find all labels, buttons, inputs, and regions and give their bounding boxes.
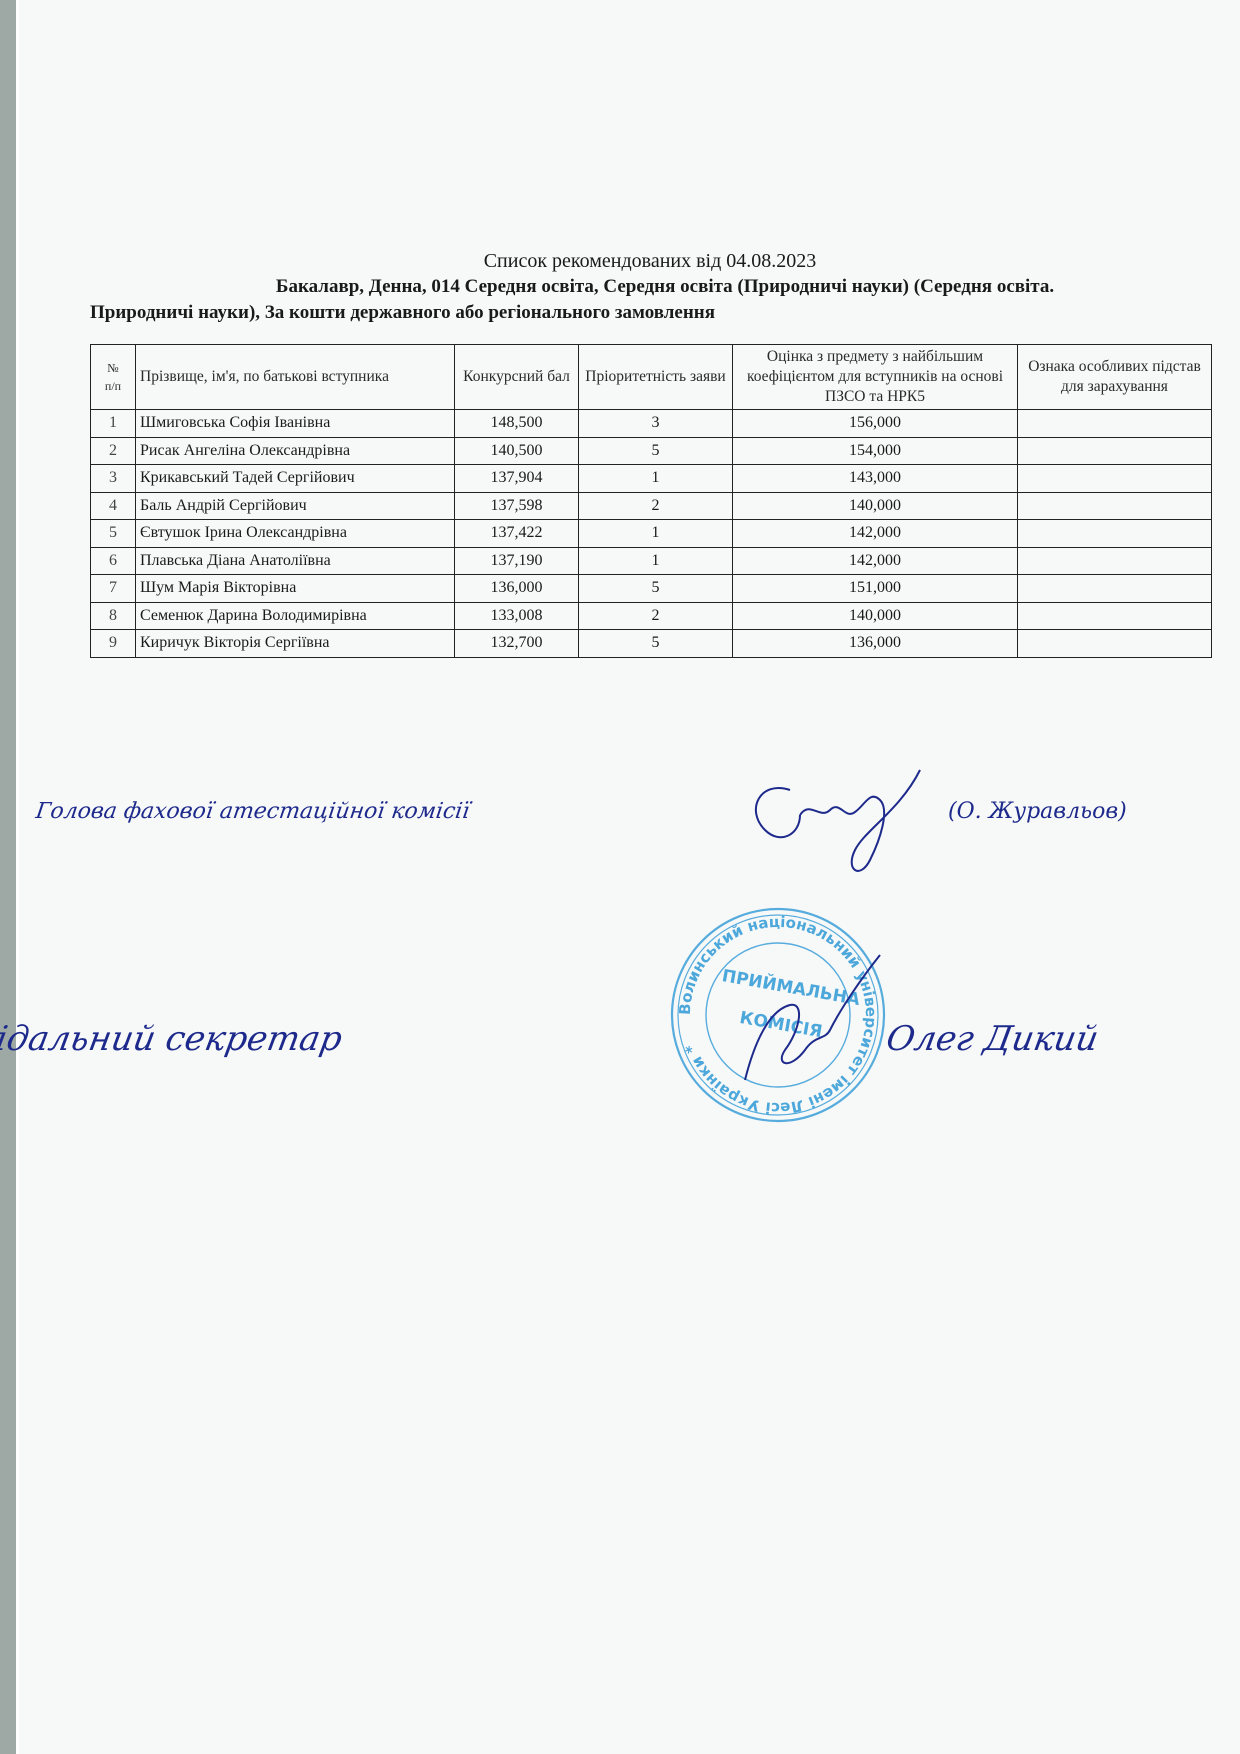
cell-number: 6: [91, 547, 136, 575]
cell-name: Рисак Ангеліна Олександрівна: [136, 437, 455, 465]
cell-number: 5: [91, 520, 136, 548]
cell-special-basis: [1018, 602, 1212, 630]
header-score: Конкурсний бал: [455, 345, 579, 410]
document-subtitle-line2: Природничі науки), За кошти державного а…: [80, 300, 1220, 326]
cell-special-basis: [1018, 410, 1212, 438]
cell-name: Семенюк Дарина Володимирівна: [136, 602, 455, 630]
document-subtitle-line1: Бакалавр, Денна, 014 Середня освіта, Сер…: [80, 274, 1220, 300]
document-title: Список рекомендованих від 04.08.2023: [80, 248, 1220, 274]
stamp-center-line1: ПРИЙМАЛЬНА: [720, 964, 862, 1010]
cell-special-basis: [1018, 630, 1212, 658]
cell-score: 137,598: [455, 492, 579, 520]
cell-subject-score: 154,000: [733, 437, 1018, 465]
cell-subject-score: 136,000: [733, 630, 1018, 658]
cell-priority: 5: [579, 575, 733, 603]
document-header: Список рекомендованих від 04.08.2023 Бак…: [80, 248, 1220, 326]
cell-subject-score: 142,000: [733, 547, 1018, 575]
header-number-symbol: №: [107, 361, 118, 375]
cell-number: 4: [91, 492, 136, 520]
cell-number: 2: [91, 437, 136, 465]
cell-score: 136,000: [455, 575, 579, 603]
cell-priority: 5: [579, 437, 733, 465]
table-row: 3Крикавський Тадей Сергійович137,9041143…: [91, 465, 1212, 493]
cell-name: Баль Андрій Сергійович: [136, 492, 455, 520]
table-row: 9Киричук Вікторія Сергіївна132,7005136,0…: [91, 630, 1212, 658]
cell-special-basis: [1018, 575, 1212, 603]
header-name: Прізвище, ім'я, по батькові вступника: [136, 345, 455, 410]
secretary-name: Олег Дикий: [883, 1019, 1101, 1059]
cell-name: Плавська Діана Анатоліївна: [136, 547, 455, 575]
cell-subject-score: 156,000: [733, 410, 1018, 438]
header-number: № п/п: [91, 345, 136, 410]
cell-number: 3: [91, 465, 136, 493]
cell-special-basis: [1018, 437, 1212, 465]
cell-special-basis: [1018, 465, 1212, 493]
scan-edge-highlight: [16, 0, 19, 1754]
cell-name: Шум Марія Вікторівна: [136, 575, 455, 603]
cell-name: Крикавський Тадей Сергійович: [136, 465, 455, 493]
cell-priority: 5: [579, 630, 733, 658]
chair-label: Голова фахової атестаційної комісії: [33, 798, 474, 824]
cell-priority: 1: [579, 547, 733, 575]
cell-priority: 1: [579, 465, 733, 493]
chair-signature-icon: [756, 770, 920, 871]
cell-priority: 2: [579, 602, 733, 630]
table-row: 2Рисак Ангеліна Олександрівна140,5005154…: [91, 437, 1212, 465]
cell-subject-score: 140,000: [733, 602, 1018, 630]
cell-name: Киричук Вікторія Сергіївна: [136, 630, 455, 658]
table-row: 8Семенюк Дарина Володимирівна133,0082140…: [91, 602, 1212, 630]
recommended-list-table: № п/п Прізвище, ім'я, по батькові вступн…: [90, 344, 1212, 658]
cell-priority: 2: [579, 492, 733, 520]
cell-name: Євтушок Ірина Олександрівна: [136, 520, 455, 548]
header-subject-score: Оцінка з предмету з найбільшим коефіцієн…: [733, 345, 1018, 410]
table-body: 1Шмиговська Софія Іванівна148,5003156,00…: [91, 410, 1212, 658]
cell-subject-score: 151,000: [733, 575, 1018, 603]
cell-priority: 1: [579, 520, 733, 548]
cell-number: 8: [91, 602, 136, 630]
header-number-abbr: п/п: [105, 379, 121, 393]
cell-score: 133,008: [455, 602, 579, 630]
header-priority: Пріоритетність заяви: [579, 345, 733, 410]
header-special-basis: Ознака особливих підстав для зарахування: [1018, 345, 1212, 410]
cell-score: 140,500: [455, 437, 579, 465]
cell-subject-score: 143,000: [733, 465, 1018, 493]
cell-score: 137,190: [455, 547, 579, 575]
table-row: 7Шум Марія Вікторівна136,0005151,000: [91, 575, 1212, 603]
cell-score: 148,500: [455, 410, 579, 438]
chair-name: (О. Журавльов): [948, 799, 1127, 824]
scan-edge-shadow: [0, 0, 16, 1754]
table-row: 1Шмиговська Софія Іванівна148,5003156,00…: [91, 410, 1212, 438]
cell-score: 137,904: [455, 465, 579, 493]
cell-score: 137,422: [455, 520, 579, 548]
cell-subject-score: 142,000: [733, 520, 1018, 548]
cell-number: 7: [91, 575, 136, 603]
cell-special-basis: [1018, 547, 1212, 575]
cell-priority: 3: [579, 410, 733, 438]
cell-score: 132,700: [455, 630, 579, 658]
cell-special-basis: [1018, 492, 1212, 520]
admission-stamp: Волинський національний університет імен…: [672, 909, 884, 1121]
table-header-row: № п/п Прізвище, ім'я, по батькові вступн…: [91, 345, 1212, 410]
cell-number: 1: [91, 410, 136, 438]
cell-special-basis: [1018, 520, 1212, 548]
cell-subject-score: 140,000: [733, 492, 1018, 520]
secretary-signature-icon: [745, 955, 880, 1080]
stamp-outer-text: Волинський національний університет імен…: [676, 913, 880, 1117]
cell-name: Шмиговська Софія Іванівна: [136, 410, 455, 438]
table-row: 6Плавська Діана Анатоліївна137,1901142,0…: [91, 547, 1212, 575]
table-row: 4Баль Андрій Сергійович137,5982140,000: [91, 492, 1212, 520]
stamp-center-line2: КОМІСІЯ: [738, 1008, 824, 1042]
secretary-label: Відповідальний секретар: [0, 1019, 345, 1059]
table-row: 5Євтушок Ірина Олександрівна137,4221142,…: [91, 520, 1212, 548]
cell-number: 9: [91, 630, 136, 658]
